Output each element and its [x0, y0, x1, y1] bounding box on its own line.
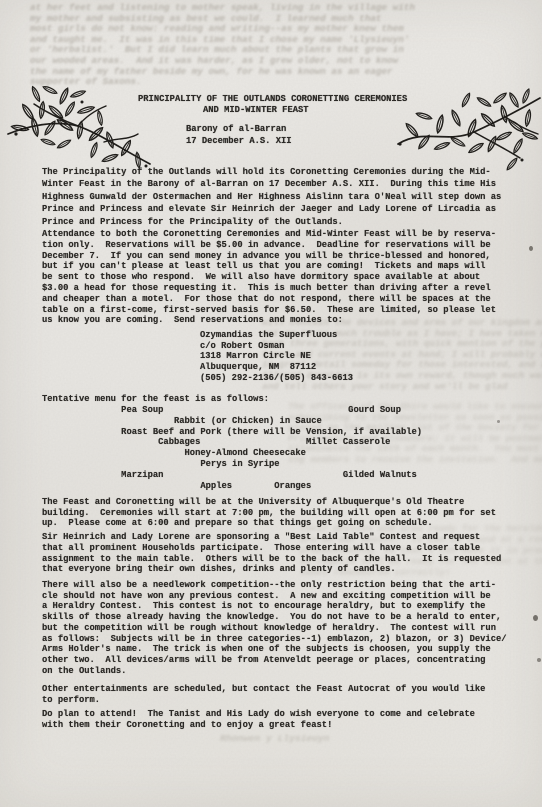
paragraph-entertainment: Other entertainments are scheduled, but …	[42, 684, 485, 706]
paragraph-intro: The Principality of the Outlands will ho…	[42, 166, 501, 228]
bleedthrough-signature: Rhonwen y Llysieuyn	[220, 734, 380, 745]
bleedthrough-text-top: at her feet and listening to mother spea…	[30, 3, 536, 88]
paragraph-table-contest: Sir Heinrich and Lady Lorene are sponsor…	[42, 532, 501, 575]
ink-speck	[533, 615, 538, 621]
document-location: Barony of al-Barran	[186, 124, 286, 135]
reservation-address-block: Ozymandias the Superfluous c/o Robert Os…	[200, 330, 353, 384]
leaf-branch-decoration-right	[396, 86, 542, 174]
document-title-line2: AND MID-WINTER FEAST	[203, 105, 309, 116]
leaf-branch-decoration-left	[6, 82, 158, 178]
menu-heading: Tentative menu for the feast is as follo…	[42, 394, 269, 405]
paragraph-attendance: Attendance to both the Coronetting Cerem…	[42, 229, 496, 326]
ink-speck	[497, 420, 500, 423]
ink-speck	[529, 246, 533, 251]
paragraph-venue: The Feast and Coronetting will be at the…	[42, 497, 496, 529]
paragraph-competitions: There will also be a needlework competit…	[42, 580, 507, 676]
document-title-line1: PRINCIPALITY OF THE OUTLANDS CORONETTING…	[138, 94, 407, 105]
ink-speck	[537, 658, 541, 662]
document-date: 17 December A.S. XII	[186, 136, 292, 147]
scanned-document-page: at her feet and listening to mother spea…	[0, 0, 542, 807]
paragraph-closing: Do plan to attend! The Tanist and His La…	[42, 709, 475, 731]
feast-menu: Pea Soup Gourd Soup Rabbit (or Chicken) …	[42, 405, 422, 491]
